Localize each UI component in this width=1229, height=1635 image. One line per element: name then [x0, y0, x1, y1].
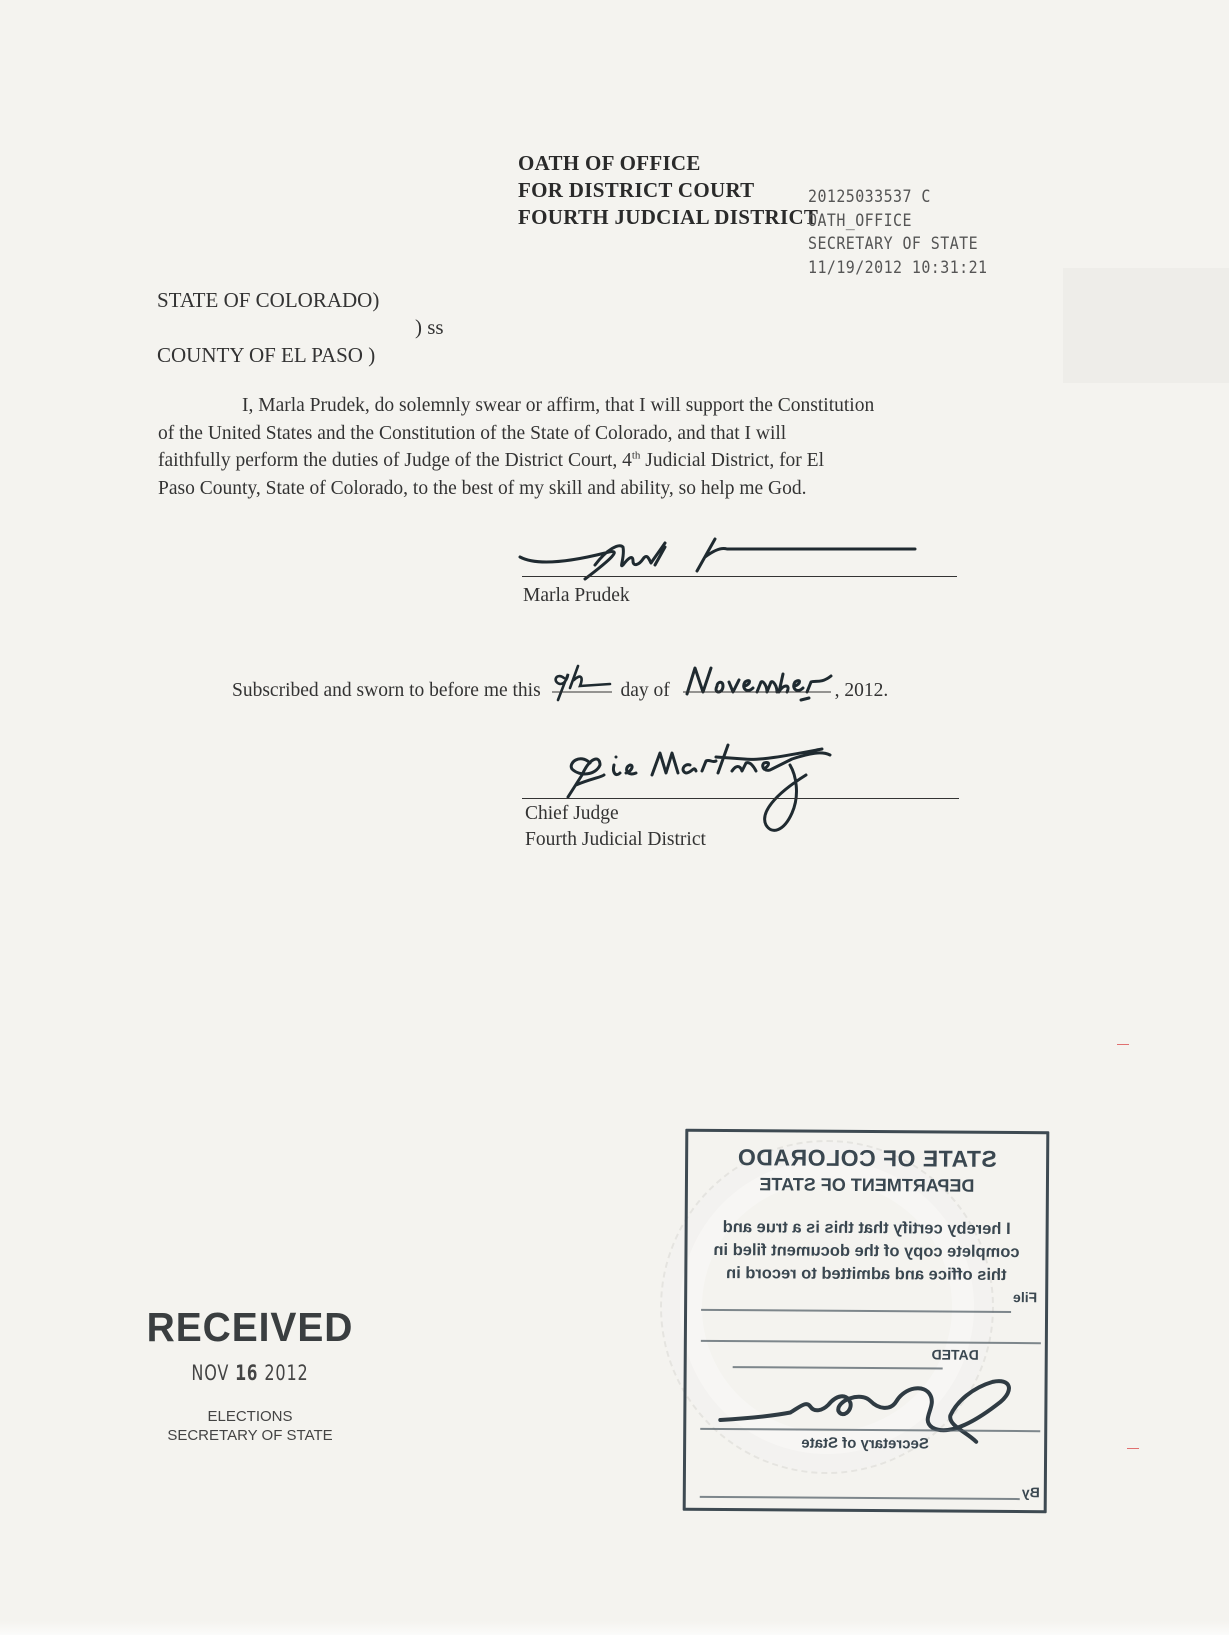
jurat-prefix: Subscribed and sworn to before me this — [232, 680, 541, 701]
stamp-certification-text: I hereby certify that this is a true and… — [687, 1216, 1045, 1287]
title-line-2: FOR DISTRICT COURT — [518, 177, 818, 204]
filing-type: OATH_OFFICE — [808, 210, 987, 234]
document-title: OATH OF OFFICE FOR DISTRICT COURT FOURTH… — [518, 150, 818, 231]
scanned-document-page: OATH OF OFFICE FOR DISTRICT COURT FOURTH… — [0, 0, 1229, 1635]
stamp-rule-2 — [701, 1340, 1041, 1344]
stamp-rule-5 — [700, 1496, 1020, 1500]
oath-paragraph: I, Marla Prudek, do solemnly swear or af… — [158, 392, 1018, 502]
stamp-signer-title: Secretary of State — [686, 1434, 1044, 1453]
stamp-file-label: File — [1013, 1289, 1037, 1305]
affiant-signature — [515, 535, 925, 585]
title-line-1: OATH OF OFFICE — [518, 150, 818, 177]
filing-office: SECRETARY OF STATE — [808, 233, 987, 257]
handwritten-day — [550, 664, 616, 702]
stamp-department: DEPARTMENT OF STATE — [688, 1174, 1046, 1197]
filing-stamp: 20125033537 C OATH_OFFICE SECRETARY OF S… — [808, 186, 987, 280]
filing-number: 20125033537 C — [808, 186, 987, 210]
affiant-printed-name: Marla Prudek — [523, 585, 630, 607]
chief-judge-title: Chief Judge — [525, 803, 619, 825]
oath-line-1: I, Marla Prudek, do solemnly swear or af… — [158, 392, 1018, 420]
handwritten-month — [681, 664, 835, 702]
received-stamp: RECEIVED NOV 16 2012 ELECTIONS SECRETARY… — [130, 1304, 370, 1445]
chief-judge-signature-line — [522, 798, 959, 799]
stamp-dated-label: DATED — [932, 1346, 979, 1362]
received-label: RECEIVED — [136, 1304, 364, 1351]
oath-line-3: faithfully perform the duties of Judge o… — [158, 447, 1018, 475]
scan-shading — [1063, 268, 1229, 383]
jurat-suffix: , 2012. — [835, 680, 889, 701]
certification-stamp: STATE OF COLORADO DEPARTMENT OF STATE I … — [683, 1129, 1050, 1514]
oath-line-2: of the United States and the Constitutio… — [158, 420, 1018, 448]
title-line-3: FOURTH JUDCIAL DISTRICT — [518, 204, 818, 231]
stamp-rule-3 — [733, 1366, 943, 1369]
venue-county: COUNTY OF EL PASO ) — [157, 343, 375, 368]
margin-mark — [1117, 1044, 1129, 1045]
stamp-title: STATE OF COLORADO — [688, 1144, 1046, 1173]
affiant-signature-line — [522, 576, 957, 577]
oath-line-4: Paso County, State of Colorado, to the b… — [158, 475, 1018, 503]
received-office: ELECTIONS SECRETARY OF STATE — [130, 1407, 370, 1445]
chief-judge-district: Fourth Judicial District — [525, 829, 706, 851]
received-date: NOV 16 2012 — [148, 1361, 352, 1385]
venue-ss: ) ss — [415, 315, 444, 340]
page-bottom-edge — [0, 1621, 1229, 1635]
stamp-by-label: By — [1022, 1484, 1040, 1500]
filing-timestamp: 11/19/2012 10:31:21 — [808, 257, 987, 281]
margin-mark — [1127, 1448, 1139, 1449]
jurat-middle: day of — [620, 680, 669, 701]
venue-state: STATE OF COLORADO) — [157, 288, 379, 313]
jurat-line: Subscribed and sworn to before me this d… — [232, 664, 888, 702]
stamp-rule-1 — [701, 1309, 1011, 1313]
